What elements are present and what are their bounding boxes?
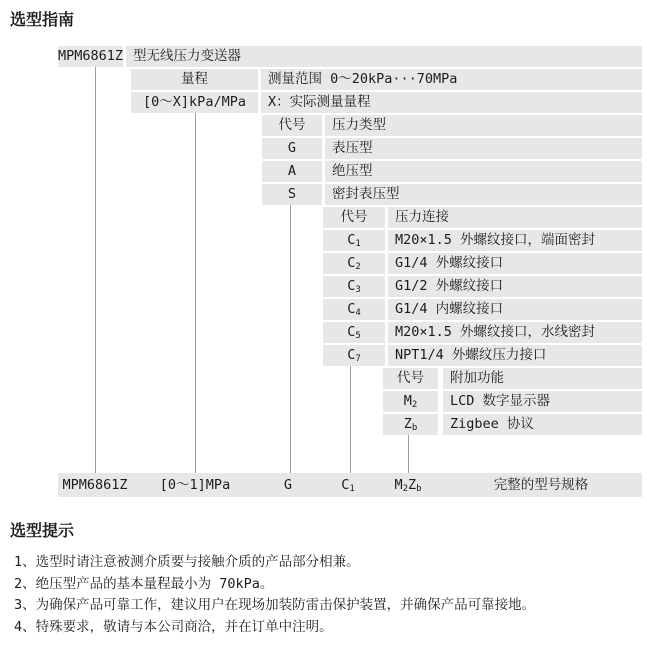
code-text: MPM6861Z bbox=[58, 48, 123, 64]
connector-line bbox=[195, 113, 196, 473]
additional-function-code-cell: M2 bbox=[383, 391, 438, 412]
pressure-type-desc-cell: 绝压型 bbox=[325, 161, 642, 182]
summary-bar: MPM6861Z[0～1]MPaGC1M2Zb完整的型号规格 bbox=[58, 473, 642, 497]
code-subscript: 4 bbox=[355, 308, 360, 318]
code-subscript: 2 bbox=[412, 400, 417, 410]
pressure-connection-code-cell: C4 bbox=[323, 299, 385, 320]
range-desc-cell: 测量范围 0～20kPa···70MPa bbox=[261, 69, 642, 90]
code-text: 代号 bbox=[279, 117, 306, 133]
summary-code: [0～1]MPa bbox=[160, 473, 230, 497]
code-text: Z bbox=[408, 477, 416, 493]
code-subscript: b bbox=[416, 484, 421, 494]
pressure-type-code-cell: G bbox=[262, 138, 322, 159]
range-code-cell: 量程 bbox=[131, 69, 258, 90]
note-item: 3、为确保产品可靠工作，建议用户在现场加装防雷击保护装置，并确保产品可靠接地。 bbox=[14, 595, 644, 617]
summary-code: G bbox=[284, 473, 292, 497]
code-subscript: 2 bbox=[355, 262, 360, 272]
connector-line bbox=[350, 366, 351, 473]
code-text: Z bbox=[404, 416, 412, 432]
summary-label: 完整的型号规格 bbox=[494, 473, 589, 497]
code-text: 代号 bbox=[341, 209, 368, 225]
code-subscript: 3 bbox=[355, 285, 360, 295]
pressure-connection-code-cell: 代号 bbox=[323, 207, 385, 228]
pressure-connection-desc-cell: G1/4 内螺纹接口 bbox=[388, 299, 642, 320]
code-text: [0～X]kPa/MPa bbox=[143, 94, 246, 110]
pressure-type-desc-cell: 表压型 bbox=[325, 138, 642, 159]
code-text: A bbox=[288, 163, 296, 179]
connector-line bbox=[408, 435, 409, 473]
code-text: 量程 bbox=[181, 71, 208, 87]
pressure-connection-desc-cell: M20×1.5 外螺纹接口，端面密封 bbox=[388, 230, 642, 251]
note-item: 2、绝压型产品的基本量程最小为 70kPa。 bbox=[14, 574, 644, 596]
additional-function-desc-cell: 附加功能 bbox=[443, 368, 642, 389]
pressure-type-code-cell: 代号 bbox=[262, 115, 322, 136]
tips-notes: 1、选型时请注意被测介质要与接触介质的产品部分相兼。2、绝压型产品的基本量程最小… bbox=[14, 552, 644, 638]
additional-function-desc-cell: Zigbee 协议 bbox=[443, 414, 642, 435]
note-item: 4、特殊要求，敬请与本公司商洽，并在订单中注明。 bbox=[14, 617, 644, 639]
pressure-connection-desc-cell: 压力连接 bbox=[388, 207, 642, 228]
model-desc-cell: 型无线压力变送器 bbox=[126, 46, 642, 67]
pressure-type-desc-cell: 密封表压型 bbox=[325, 184, 642, 205]
code-text: C bbox=[341, 477, 349, 493]
summary-code: M2Zb bbox=[394, 473, 421, 501]
code-subscript: 1 bbox=[349, 484, 354, 494]
model-code-cell: MPM6861Z bbox=[58, 46, 123, 67]
range-desc-cell: X：实际测量量程 bbox=[261, 92, 642, 113]
range-code-cell: [0～X]kPa/MPa bbox=[131, 92, 258, 113]
additional-function-code-cell: Zb bbox=[383, 414, 438, 435]
code-subscript: 1 bbox=[355, 239, 360, 249]
code-subscript: b bbox=[412, 423, 417, 433]
code-subscript: 5 bbox=[355, 331, 360, 341]
pressure-type-code-cell: S bbox=[262, 184, 322, 205]
connector-line bbox=[95, 67, 96, 473]
pressure-connection-desc-cell: NPT1/4 外螺纹压力接口 bbox=[388, 345, 642, 366]
pressure-type-desc-cell: 压力类型 bbox=[325, 115, 642, 136]
pressure-type-code-cell: A bbox=[262, 161, 322, 182]
pressure-connection-desc-cell: G1/2 外螺纹接口 bbox=[388, 276, 642, 297]
pressure-connection-code-cell: C3 bbox=[323, 276, 385, 297]
pressure-connection-code-cell: C1 bbox=[323, 230, 385, 251]
code-text: 代号 bbox=[397, 370, 424, 386]
code-subscript: 7 bbox=[355, 354, 360, 364]
pressure-connection-desc-cell: G1/4 外螺纹接口 bbox=[388, 253, 642, 274]
code-text: S bbox=[288, 186, 296, 202]
code-text: G bbox=[288, 140, 296, 156]
code-text: M bbox=[404, 393, 412, 409]
summary-code: C1 bbox=[341, 473, 355, 501]
additional-function-desc-cell: LCD 数字显示器 bbox=[443, 391, 642, 412]
code-text: M bbox=[394, 477, 402, 493]
pressure-connection-code-cell: C5 bbox=[323, 322, 385, 343]
model-selection-table: MPM6861Z型无线压力变送器量程测量范围 0～20kPa···70MPa[0… bbox=[0, 0, 647, 510]
code-text: [0～1]MPa bbox=[160, 477, 230, 493]
pressure-connection-code-cell: C2 bbox=[323, 253, 385, 274]
additional-function-code-cell: 代号 bbox=[383, 368, 438, 389]
tips-title: 选型提示 bbox=[10, 518, 74, 541]
connector-line bbox=[290, 205, 291, 473]
pressure-connection-code-cell: C7 bbox=[323, 345, 385, 366]
code-text: G bbox=[284, 477, 292, 493]
summary-code: MPM6861Z bbox=[62, 473, 127, 497]
note-item: 1、选型时请注意被测介质要与接触介质的产品部分相兼。 bbox=[14, 552, 644, 574]
pressure-connection-desc-cell: M20×1.5 外螺纹接口，水线密封 bbox=[388, 322, 642, 343]
code-text: MPM6861Z bbox=[62, 477, 127, 493]
